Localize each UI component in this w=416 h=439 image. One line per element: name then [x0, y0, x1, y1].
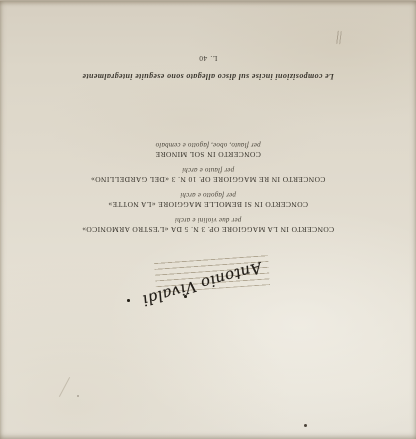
ink-dot: [128, 300, 131, 303]
track-subtitle: per flauto e archi: [0, 167, 416, 175]
track-title: CONCERTO IN RE MAGGIORE OP. 10 N. 3 «DEL…: [0, 175, 416, 185]
price-label: L. 40: [0, 54, 416, 63]
track-item: CONCERTO IN SI BEMOLLE MAGGIORE «LA NOTT…: [0, 192, 416, 210]
track-item: CONCERTO IN SOL MINORE per flauto, oboe,…: [0, 142, 416, 160]
track-subtitle: per due violini e archi: [0, 217, 416, 225]
track-item: CONCERTO IN LA MAGGIORE OP. 3 N. 5 DA «L…: [0, 217, 416, 235]
track-title: CONCERTO IN SOL MINORE: [0, 150, 416, 160]
paper-speck: [304, 424, 307, 427]
signature-block: Antonio Vivaldi: [0, 245, 416, 315]
printed-content: Antonio Vivaldi CONCERTO IN LA MAGGIORE …: [0, 0, 416, 439]
track-subtitle: per flauto, oboe, fagotto e cembalo: [0, 142, 416, 150]
album-back-cover: Antonio Vivaldi CONCERTO IN LA MAGGIORE …: [0, 0, 416, 439]
ink-dot: [185, 296, 188, 299]
note-line: Le composizioni incise sul disco allegat…: [0, 72, 416, 81]
track-title: CONCERTO IN LA MAGGIORE OP. 3 N. 5 DA «L…: [0, 225, 416, 235]
track-item: CONCERTO IN RE MAGGIORE OP. 10 N. 3 «DEL…: [0, 167, 416, 185]
track-title: CONCERTO IN SI BEMOLLE MAGGIORE «LA NOTT…: [0, 200, 416, 210]
paper-speck: [77, 395, 79, 397]
track-subtitle: per fagotto e archi: [0, 192, 416, 200]
track-list: CONCERTO IN LA MAGGIORE OP. 3 N. 5 DA «L…: [0, 134, 416, 234]
